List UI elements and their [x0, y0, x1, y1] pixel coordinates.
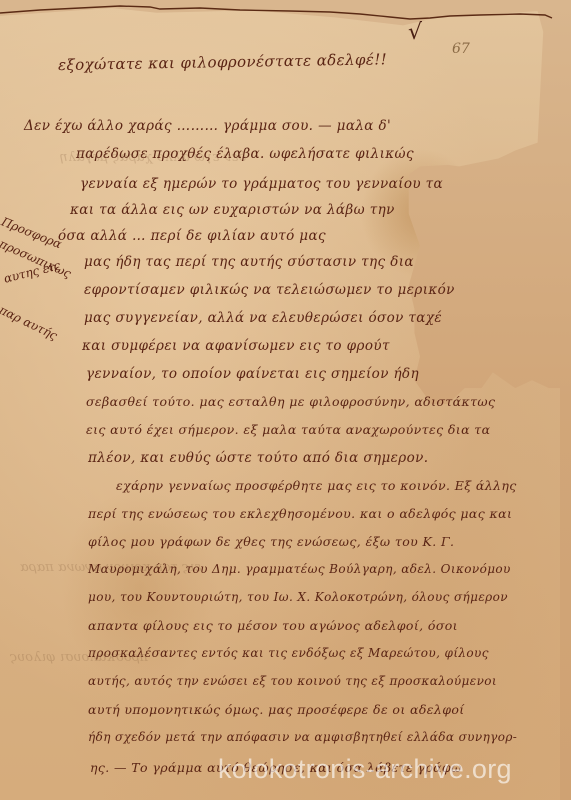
text-line: γενναίον, το οποίον φαίνεται εις σημείον… — [86, 366, 419, 382]
text-line: ήδη σχεδόν μετά την απόφασιν να αμφισβητ… — [88, 730, 517, 744]
text-line: φίλος μου γράφων δε χθες της ενώσεως, έξ… — [88, 534, 454, 549]
text-line: εχάρην γενναίως προσφέρθητε μας εις το κ… — [116, 478, 517, 493]
text-line: μας ήδη τας περί της αυτής σύστασιν της … — [84, 254, 414, 270]
text-line: απαντα φίλους εις το μέσον του αγώνος αδ… — [88, 618, 458, 633]
text-line: παρέδωσε προχθές έλαβα. ωφελήσατε φιλικώ… — [76, 146, 414, 162]
archive-watermark: kolokotronis-archive.org — [218, 754, 512, 785]
text-line: σεβασθεί τούτο. μας εσταλθη με φιλοφροσύ… — [86, 394, 495, 409]
text-line: Δεν έχω άλλο χαράς ……… γράμμα σου. — μαλ… — [24, 118, 391, 134]
text-line: γενναία εξ ημερών το γράμματος του γεννα… — [80, 176, 443, 192]
text-line: προσκαλέσαντες εντός και τις ενδόξως εξ … — [88, 646, 489, 660]
text-line: αυτή υπομονητικώς όμως. μας προσέφερε δε… — [88, 702, 465, 717]
text-line: μας συγγενείαν, αλλά να ελευθερώσει όσον… — [84, 310, 442, 326]
text-line: όσα αλλά … περί δε φιλίαν αυτό μας — [58, 228, 326, 244]
text-line: μου, του Κουντουριώτη, του Ιω. Χ. Κολοκο… — [88, 590, 508, 604]
folio-number: 67 — [452, 41, 470, 57]
text-line: εις αυτό έχει σήμερον. εξ μαλα ταύτα ανα… — [86, 422, 490, 437]
text-line: Μαυρομιχάλη, του Δημ. γραμματέως Βούλγαρ… — [88, 562, 511, 576]
check-mark: √ — [408, 20, 422, 45]
text-line: πλέον, και ευθύς ώστε τούτο από δια σημε… — [88, 450, 428, 466]
text-line: εφροντίσαμεν φιλικώς να τελειώσωμεν το μ… — [84, 282, 455, 298]
text-line: περί της ενώσεως του εκλεχθησομένου. και… — [88, 506, 512, 521]
text-line: και τα άλλα εις ων ευχαριστών να λάβω τη… — [70, 202, 395, 218]
text-line: και συμφέρει να αφανίσωμεν εις το φρούτ — [82, 338, 390, 354]
text-line: αυτής, αυτός την ενώσει εξ του κοινού τη… — [88, 674, 497, 688]
torn-top-edge — [0, 2, 560, 22]
